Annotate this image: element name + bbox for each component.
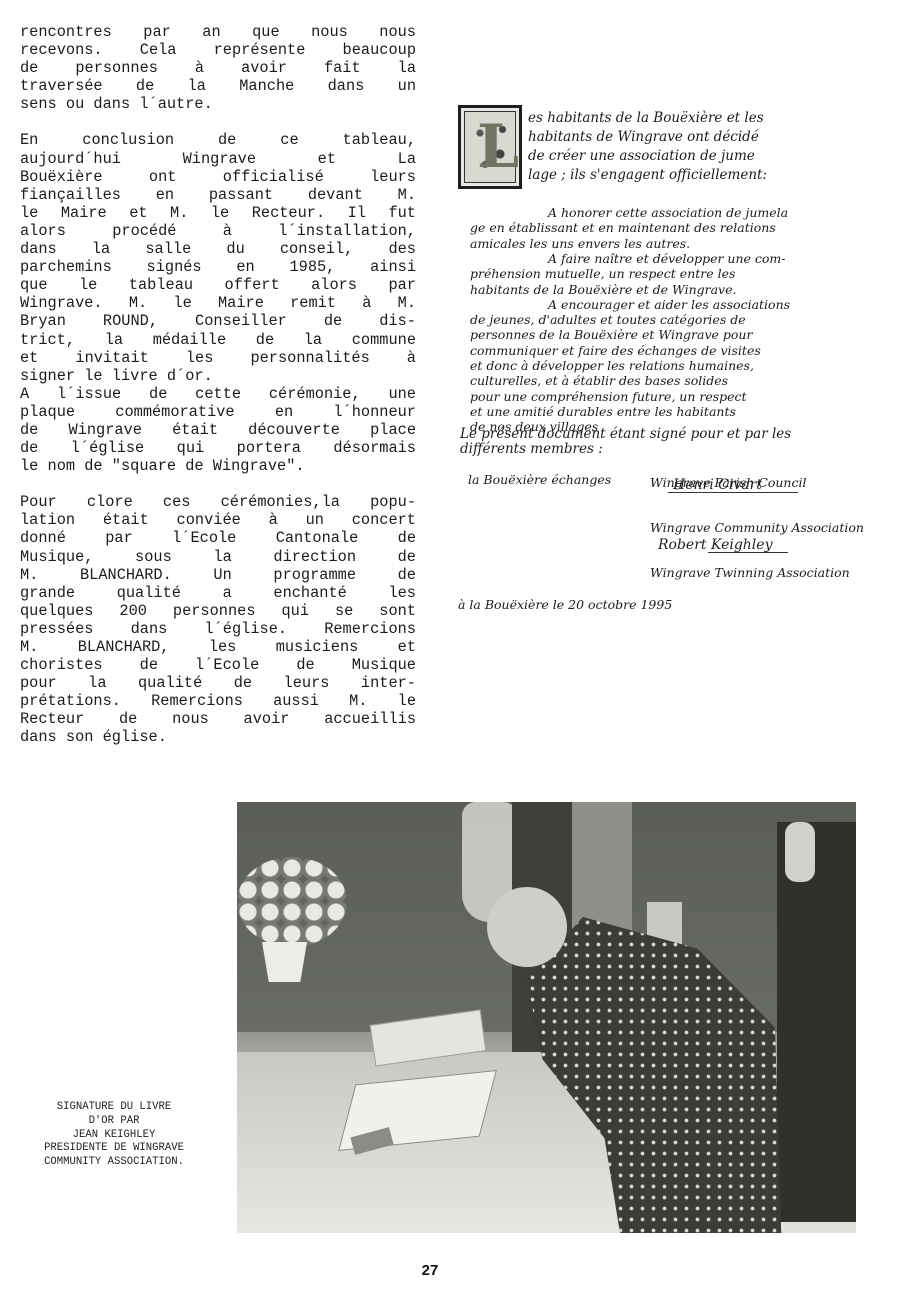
article-paragraph: En conclusion de ce tableau,aujourd´hui …: [20, 131, 416, 384]
charter-body-line: amicales les uns envers les autres.: [470, 236, 690, 251]
charter-intro-line: es habitants de la Bouëxière et les: [528, 111, 764, 126]
caption-line: JEAN KEIGHLEY: [0, 1129, 228, 1143]
text-line: quelques 200 personnes qui se sont: [20, 602, 416, 620]
flowers: [237, 857, 347, 947]
text-line: Recteur de nous avoir accueillis: [20, 710, 416, 728]
woman-head: [487, 887, 567, 967]
signatory-la-bouexiere: la Bouëxière échanges: [468, 472, 611, 487]
charter-body-line: culturelles, et à établir des bases soli…: [470, 373, 728, 388]
charter-closing-line: différents membres :: [460, 442, 603, 457]
caption-line: PRESIDENTE DE WINGRAVE: [0, 1142, 228, 1156]
person-right: [777, 822, 856, 1222]
twinning-charter: L es habitants de la Bouëxière et leshab…: [458, 105, 858, 625]
charter-body-line: et une amitié durables entre les habitan…: [470, 404, 736, 419]
charter-body-line: et donc à développer les relations humai…: [470, 358, 754, 373]
signature-line: [708, 552, 788, 553]
caption-line: D'OR PAR: [0, 1115, 228, 1129]
text-line: M. BLANCHARD. Un programme de: [20, 566, 416, 584]
place-and-date: à la Bouëxière le 20 octobre 1995: [458, 597, 672, 612]
text-line: rencontres par an que nous nous: [20, 23, 416, 41]
text-line: alors procédé à l´installation,: [20, 222, 416, 240]
text-line: A l´issue de cette cérémonie, une: [20, 385, 416, 403]
signatory-wingrave: Wingrave Community Association: [650, 520, 864, 535]
text-line: lation était conviée à un concert: [20, 511, 416, 529]
person-background: [572, 802, 632, 932]
text-line: donné par l´Ecole Cantonale de: [20, 529, 416, 547]
charter-intro-line: de créer une association de jume: [528, 149, 755, 164]
person-head: [785, 822, 815, 882]
charter-body-line: A faire naître et développer une com-: [548, 251, 786, 266]
charter-body-line: de jeunes, d'adultes et toutes catégorie…: [470, 312, 746, 327]
signature-line: [668, 492, 798, 493]
text-line: choristes de l´Ecole de Musique: [20, 656, 416, 674]
text-line: pressées dans l´église. Remercions: [20, 620, 416, 638]
text-line: et invitait les personnalités à: [20, 349, 416, 367]
text-line: traversée de la Manche dans un: [20, 77, 416, 95]
text-line: pour la qualité de leurs inter-: [20, 674, 416, 692]
text-line: dans son église.: [20, 728, 416, 746]
text-line: recevons. Cela représente beaucoup: [20, 41, 416, 59]
text-line: Musique, sous la direction de: [20, 548, 416, 566]
charter-body-line: pour une compréhension future, un respec…: [470, 389, 747, 404]
charter-body-line: préhension mutuelle, un respect entre le…: [470, 266, 735, 281]
text-line: plaque commémorative en l´honneur: [20, 403, 416, 421]
text-line: de Wingrave était découverte place: [20, 421, 416, 439]
caption-line: SIGNATURE DU LIVRE: [0, 1101, 228, 1115]
text-line: aujourd´hui Wingrave et La: [20, 150, 416, 168]
article-paragraph: Pour clore ces cérémonies,la popu-lation…: [20, 493, 416, 746]
text-line: le nom de "square de Wingrave".: [20, 457, 416, 475]
charter-body-line: A encourager et aider les associations: [548, 297, 790, 312]
text-line: signer le livre d´or.: [20, 367, 416, 385]
caption-line: COMMUNITY ASSOCIATION.: [0, 1156, 228, 1170]
text-line: que le tableau offert alors par: [20, 276, 416, 294]
text-line: Pour clore ces cérémonies,la popu-: [20, 493, 416, 511]
handwritten-signature: Robert Keighley: [658, 537, 772, 553]
photo-caption: SIGNATURE DU LIVRED'OR PARJEAN KEIGHLEYP…: [0, 1101, 228, 1170]
charter-intro-line: lage ; ils s'engagent officiellement:: [528, 168, 767, 183]
charter-body-line: A honorer cette association de jumela: [548, 205, 788, 220]
text-line: prétations. Remercions aussi M. le: [20, 692, 416, 710]
flower-pot: [262, 942, 307, 982]
initial-letter: L: [477, 112, 519, 182]
signing-photo: [237, 802, 856, 1233]
charter-body-line: ge en établissant et en maintenant des r…: [470, 220, 776, 235]
text-line: Bryan ROUND, Conseiller de dis-: [20, 312, 416, 330]
article-body: rencontres par an que nous nousrecevons.…: [20, 23, 416, 747]
text-line: M. BLANCHARD, les musiciens et: [20, 638, 416, 656]
handwritten-signature: Henri Civart: [673, 477, 762, 493]
charter-body-line: communiquer et faire des échanges de vis…: [470, 343, 761, 358]
article-paragraph: A l´issue de cette cérémonie, uneplaque …: [20, 385, 416, 475]
text-line: le Maire et M. le Recteur. Il fut: [20, 204, 416, 222]
text-line: grande qualité a enchanté les: [20, 584, 416, 602]
charter-intro-line: habitants de Wingrave ont décidé: [528, 130, 759, 145]
text-line: de personnes à avoir fait la: [20, 59, 416, 77]
illuminated-initial: L: [458, 105, 522, 189]
charter-body-line: personnes de la Bouëxière et Wingrave po…: [470, 327, 752, 342]
charter-closing-line: Le présent document étant signé pour et …: [460, 427, 791, 442]
text-line: sens ou dans l´autre.: [20, 95, 416, 113]
article-paragraph: rencontres par an que nous nousrecevons.…: [20, 23, 416, 113]
text-line: fiançailles en passant devant M.: [20, 186, 416, 204]
text-line: Bouëxière ont officialisé leurs: [20, 168, 416, 186]
text-line: Wingrave. M. le Maire remit à M.: [20, 294, 416, 312]
page-number: 27: [0, 1262, 860, 1279]
charter-body-line: habitants de la Bouëxière et de Wingrave…: [470, 282, 737, 297]
text-line: dans la salle du conseil, des: [20, 240, 416, 258]
text-line: trict, la médaille de la commune: [20, 331, 416, 349]
text-line: En conclusion de ce tableau,: [20, 131, 416, 149]
text-line: de l´église qui portera désormais: [20, 439, 416, 457]
signatory-wingrave: Wingrave Twinning Association: [650, 565, 850, 580]
text-line: parchemins signés en 1985, ainsi: [20, 258, 416, 276]
